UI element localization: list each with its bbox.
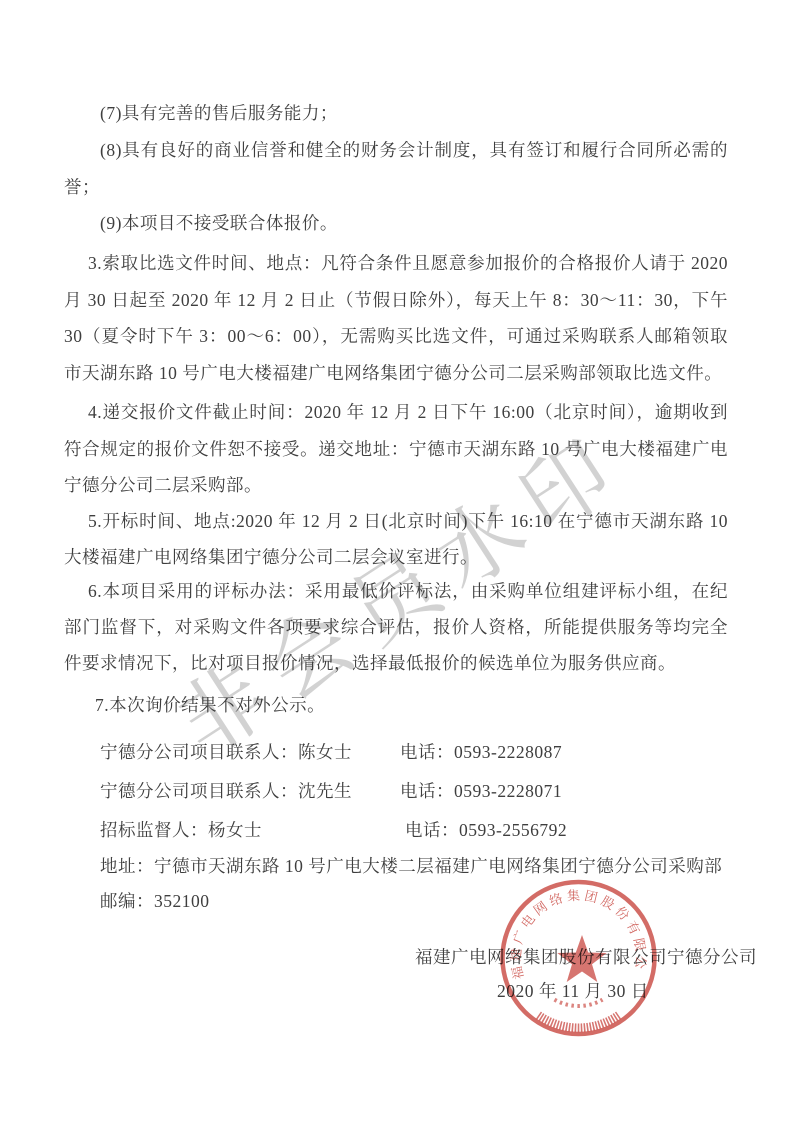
para-6-line-1: 6.本项目采用的评标办法：采用最低价评标法，由采购单位组建评标小组，在纪检监察 — [88, 578, 728, 607]
document-text-layer: (7)具有完善的售后服务能力； (8)具有良好的商业信誉和健全的财务会计制度，具… — [0, 0, 793, 1121]
para-4-line-2: 符合规定的报价文件恕不接受。递交地址：宁德市天湖东路 10 号广电大楼福建广电网… — [64, 436, 728, 465]
contact-2-label: 宁德分公司项目联系人：沈先生 — [100, 778, 352, 807]
star-icon — [557, 935, 606, 982]
seal-smudge-band — [538, 1015, 618, 1028]
contact-3-label: 招标监督人：杨女士 — [100, 817, 262, 846]
postal-code-line: 邮编：352100 — [100, 888, 210, 917]
company-seal-stamp: 福建广电网络集团股份有限公司宁德分公司 — [497, 877, 660, 1043]
clause-8-line-1: (8)具有良好的商业信誉和健全的财务会计制度，具有签订和履行合同所必需的能力和信 — [100, 137, 728, 166]
contact-2-phone: 电话：0593-2228071 — [400, 778, 562, 807]
para-3-line-2: 月 30 日起至 2020 年 12 月 2 日止（节假日除外），每天上午 8：… — [64, 287, 728, 316]
clause-8-line-2: 誉； — [64, 174, 100, 203]
contact-1-label: 宁德分公司项目联系人：陈女士 — [100, 739, 352, 768]
clause-7: (7)具有完善的售后服务能力； — [100, 100, 338, 129]
seal-serial-marks — [555, 1000, 603, 1006]
para-4-line-1: 4.递交报价文件截止时间：2020 年 12 月 2 日下午 16:00（北京时… — [88, 399, 728, 428]
para-5-line-2: 大楼福建广电网络集团宁德分公司二层会议室进行。 — [64, 544, 478, 573]
document-page: 非会员水印 (7)具有完善的售后服务能力； (8)具有良好的商业信誉和健全的财务… — [0, 0, 793, 1121]
para-7: 7.本次询价结果不对外公示。 — [95, 692, 325, 721]
para-6-line-2: 部门监督下，对采购文件各项要求综合评估，报价人资格，所能提供服务等均完全响应采购… — [64, 614, 728, 643]
contact-3-phone: 电话：0593-2556792 — [405, 817, 567, 846]
para-3-line-3: 30（夏令时下午 3：00～6：00），无需购买比选文件，可通过采购联系人邮箱领… — [64, 323, 728, 352]
para-4-line-3: 宁德分公司二层采购部。 — [64, 472, 262, 501]
clause-9: (9)本项目不接受联合体报价。 — [100, 210, 338, 239]
contact-1-phone: 电话：0593-2228087 — [400, 739, 562, 768]
para-6-line-3: 件要求情况下，比对项目报价情况，选择最低报价的候选单位为服务供应商。 — [64, 650, 676, 679]
para-5-line-1: 5.开标时间、地点:2020 年 12 月 2 日(北京时间)下午 16:10 … — [88, 508, 728, 537]
para-3-line-1: 3.索取比选文件时间、地点：凡符合条件且愿意参加报价的合格报价人请于 2020 … — [88, 250, 728, 279]
para-3-line-4: 市天湖东路 10 号广电大楼福建广电网络集团宁德分公司二层采购部领取比选文件。 — [64, 360, 722, 389]
